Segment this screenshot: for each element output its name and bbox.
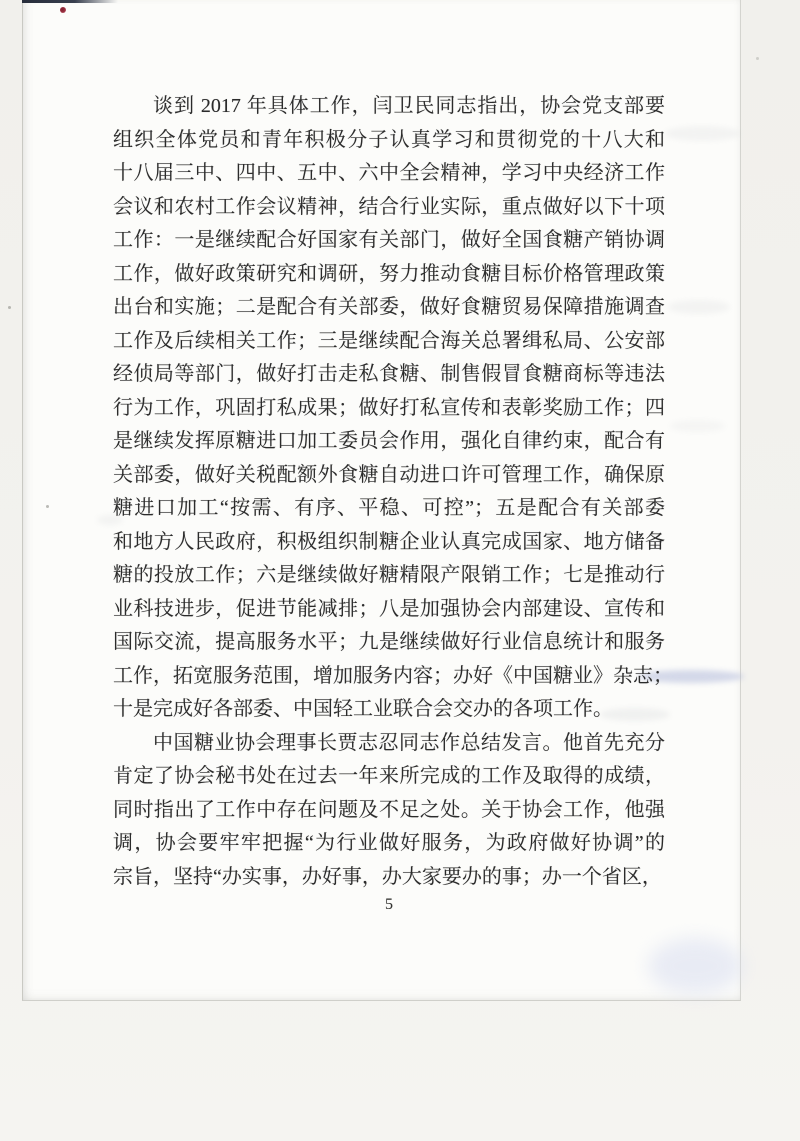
text-line: 工作，拓宽服务范围，增加服务内容；办好《中国糖业》杂志； (113, 660, 665, 694)
body-text: 谈到 2017 年具体工作，闫卫民同志指出，协会党支部要组织全体党员和青年积极分… (113, 90, 665, 894)
paragraph: 谈到 2017 年具体工作，闫卫民同志指出，协会党支部要组织全体党员和青年积极分… (113, 90, 665, 727)
text-line: 工作：一是继续配合好国家有关部门，做好全国食糖产销协调 (113, 224, 665, 258)
text-line: 工作，做好政策研究和调研，努力推动食糖目标价格管理政策 (113, 258, 665, 292)
text-line: 调，协会要牢牢把握“为行业做好服务，为政府做好协调”的 (113, 827, 665, 861)
text-line: 工作及后续相关工作；三是继续配合海关总署缉私局、公安部 (113, 325, 665, 359)
scan-top-edge-mark (22, 0, 118, 3)
text-line: 糖进口加工“按需、有序、平稳、可控”；五是配合有关部委 (113, 492, 665, 526)
scan-speck (756, 57, 759, 60)
text-line: 国际交流，提高服务水平；九是继续做好行业信息统计和服务 (113, 626, 665, 660)
scan-smudge (665, 126, 740, 141)
text-line: 出台和实施；二是配合有关部委，做好食糖贸易保障措施调查 (113, 291, 665, 325)
text-line: 同时指出了工作中存在问题及不足之处。关于协会工作，他强 (113, 794, 665, 828)
text-line: 会议和农村工作会议精神，结合行业实际，重点做好以下十项 (113, 191, 665, 225)
text-line: 糖的投放工作；六是继续做好糖精限产限销工作；七是推动行 (113, 559, 665, 593)
red-dot-mark (60, 7, 66, 13)
text-line: 关部委，做好关税配额外食糖自动进口许可管理工作，确保原 (113, 459, 665, 493)
text-line: 业科技进步，促进节能减排；八是加强协会内部建设、宣传和 (113, 593, 665, 627)
text-line: 谈到 2017 年具体工作，闫卫民同志指出，协会党支部要 (113, 90, 665, 124)
text-line: 行为工作，巩固打私成果；做好打私宣传和表彰奖励工作；四 (113, 392, 665, 426)
scan-smudge (668, 300, 730, 314)
scan-speck (8, 306, 11, 309)
scan-speck (46, 505, 49, 508)
text-line: 和地方人民政府，积极组织制糖企业认真完成国家、地方储备 (113, 526, 665, 560)
text-line: 十八届三中、四中、五中、六中全会精神，学习中央经济工作 (113, 157, 665, 191)
scan-cloud-tint (648, 938, 743, 994)
text-line: 中国糖业协会理事长贾志忍同志作总结发言。他首先充分 (113, 727, 665, 761)
text-line: 肯定了协会秘书处在过去一年来所完成的工作及取得的成绩， (113, 760, 665, 794)
text-line: 宗旨，坚持“办实事，办好事，办大家要办的事；办一个省区， (113, 861, 665, 895)
paragraph: 中国糖业协会理事长贾志忍同志作总结发言。他首先充分肯定了协会秘书处在过去一年来所… (113, 727, 665, 895)
text-line: 组织全体党员和青年积极分子认真学习和贯彻党的十八大和 (113, 124, 665, 158)
page-number: 5 (113, 895, 665, 915)
text-line: 十是完成好各部委、中国轻工业联合会交办的各项工作。 (113, 693, 665, 727)
text-line: 经侦局等部门，做好打击走私食糖、制售假冒食糖商标等违法 (113, 358, 665, 392)
text-line: 是继续发挥原糖进口加工委员会作用，强化自律约束，配合有 (113, 425, 665, 459)
scanned-document: { "document": { "page_number": "5", "par… (0, 0, 800, 1141)
scan-smudge (670, 420, 725, 432)
